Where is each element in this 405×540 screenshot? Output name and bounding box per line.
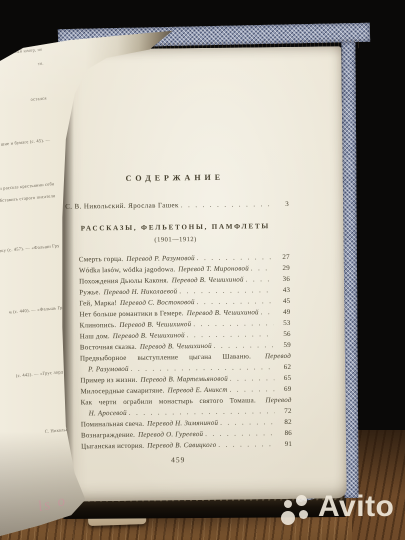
text-fragment: шие и бумаге (с. 45). — [1,137,51,146]
contents-page: СОДЕРЖАНИЕ С. В. Никольский. Ярослав Гаш… [55,46,347,501]
leader-dots [230,384,275,396]
entry-title: Восточная сказка. [80,342,137,354]
entry-page-number: 53 [276,318,291,329]
section-heading: РАССКАЗЫ, ФЕЛЬЕТОНЫ, ПАМФЛЕТЫ [61,221,289,235]
page-folio-number: 459 [64,454,292,466]
entry-translator-cont: Р. Разумовой [88,364,129,375]
entry-translator: Перевод В. Чешихиной [187,307,259,319]
entry-page-number: 49 [275,307,290,318]
toc-entry-preface: С. В. Никольский. Ярослав Гашек 3 [65,199,289,213]
entry-translator: Перевод В. Чешихиной [119,319,191,331]
text-fragment: тя. [38,61,44,66]
section-years: (1901—1912) [62,234,290,247]
entry-translator: Перевод [265,352,291,360]
entry-translator: Перевод О. Гуреевой [138,429,203,441]
leader-dots [230,373,275,385]
leader-dots [214,340,274,352]
entry-translator-cont: Н. Аросевой [89,408,127,419]
entry-page-number: 3 [274,199,289,210]
contents-page-text: СОДЕРЖАНИЕ С. В. Никольский. Ярослав Гаш… [59,47,292,466]
leader-dots [218,439,275,451]
entry-page-number: 29 [275,263,290,274]
entry-page-number: 45 [275,296,290,307]
entry-page-number: 27 [275,252,290,263]
entry-title: Ружье. [79,287,101,298]
entry-translator: Перевод В. Савицкого [147,440,216,452]
toc-entries: Смерть горца. Перевод Р. Разумовой 27 Wó… [79,252,292,453]
entry-title: Вознаграждение. [81,430,135,442]
entry-translator: Перевод [265,396,291,404]
contents-heading: СОДЕРЖАНИЕ [61,171,289,185]
entry-page-number: 59 [276,340,291,351]
entry-page-number: 91 [277,439,292,450]
text-fragment: тку (с. 457). — «Фальши Гру [0,243,60,253]
entry-page-number: 56 [276,329,291,340]
leader-dots [246,274,274,285]
entry-title: Поминальная свеча. [81,419,144,431]
entry-page-number: 36 [275,274,290,285]
leader-dots [220,417,275,429]
entry-title: Цыганская история. [81,441,144,453]
avito-watermark: Avito [280,488,404,534]
text-fragment: обставить старого писателя [0,193,55,203]
text-fragment: интеллектуальный юмор, не [0,47,43,57]
entry-title: Предвыборное выступление цыгана Шаваню. [80,352,251,362]
leader-dots [251,263,273,274]
entry-translator: Перевод В. Чешихиной [113,330,185,342]
entry-translator: Перевод В. Чешихиной [172,274,244,286]
avito-watermark-label: Avito [318,490,394,524]
avito-logo-icon [280,494,314,528]
entry-page-number: 72 [277,406,292,417]
text-fragment: и рассказ крестьянин себя [0,181,54,191]
text-fragment: (с. 442). — «Грус лорд 1 в [16,368,71,378]
entry-title: Как черти ограбили монастырь святого Том… [81,396,256,406]
entry-translator: Перевод Е. Аникст [167,385,227,397]
entry-title: Гей, Марка! [79,298,117,309]
text-fragment: м (с. 440). — «Фальшь Гру [9,305,66,315]
text-fragment: дов, но остался там. Потом [0,35,42,45]
leader-dots [205,428,275,440]
entry-page-number: 65 [276,373,291,384]
entry-page-number: 69 [276,384,291,395]
entry-title: С. В. Никольский. Ярослав Гашек [65,200,179,212]
entry-title: Смерть горца. [79,254,124,266]
leader-dots [181,199,272,211]
entry-translator: Перевод Р. Разумовой [126,253,195,265]
entry-page-number: 86 [277,428,292,439]
entry-title: Наш дом. [80,331,110,342]
entry-page-number: 62 [276,362,291,373]
leader-dots [261,307,274,318]
entry-page-number: 43 [275,285,290,296]
book-photo: СОДЕРЖАНИЕ С. В. Никольский. Ярослав Гаш… [0,0,405,540]
entry-page-number: 82 [277,417,292,428]
entry-translator: Перевод В. Чешихиной [140,341,212,353]
entry-translator: Перевод Н. Николаевой [104,286,178,298]
entry-translator: Перевод Т. Мироновой [178,263,249,275]
entry-title: Пример из жизни. [80,375,137,387]
entry-title: Клинопись. [80,320,117,331]
text-fragment: остался [30,95,47,101]
entry-translator: Перевод Н. Зимяниной [147,418,218,430]
toc-entry: Цыганская история. Перевод В. Савицкого … [81,439,292,453]
entry-translator: Перевод С. Востоковой [120,297,195,309]
